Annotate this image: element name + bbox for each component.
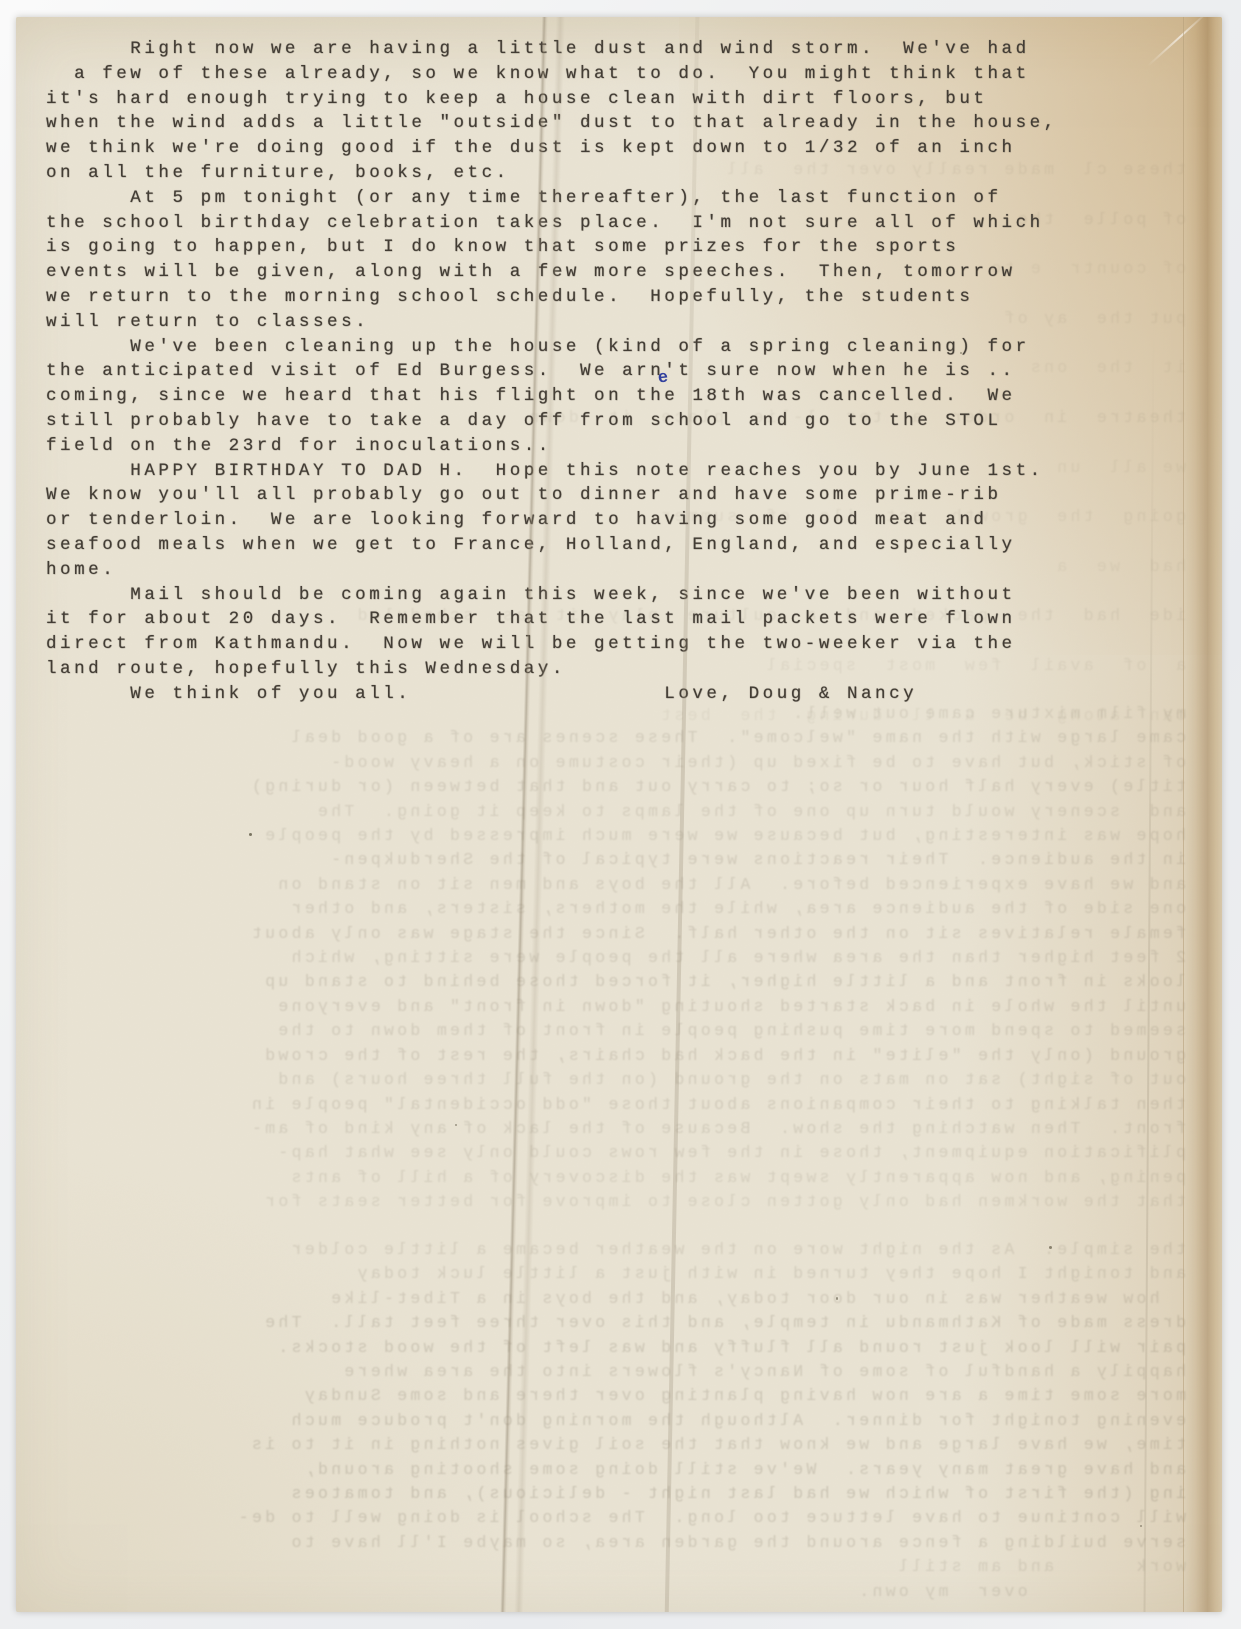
bleedthrough-line: will continue to have lettuce too long. … bbox=[46, 1506, 1186, 1530]
bleedthrough-line: front. Then watching the show. Because o… bbox=[46, 1117, 1186, 1141]
typed-line: it's hard enough trying to keep a house … bbox=[46, 87, 1186, 112]
typed-line: or tenderloin. We are looking forward to… bbox=[46, 508, 1186, 533]
letter-page: these cl made really over the allof poll… bbox=[16, 17, 1222, 1612]
typed-line: At 5 pm tonight (or any time thereafter)… bbox=[46, 186, 1186, 211]
bleedthrough-line: how weather was in our door today, and t… bbox=[46, 1287, 1186, 1311]
bleedthrough-line: 2 feet higher than the area where all th… bbox=[46, 946, 1186, 970]
typed-line: land route, hopefully this Wednesday. bbox=[46, 657, 1186, 682]
typed-line: is going to happen, but I do know that s… bbox=[46, 235, 1186, 260]
bleedthrough-line: looks in front and a little higher, it f… bbox=[46, 970, 1186, 994]
bleedthrough-line: evening tonight for dinner. Although the… bbox=[46, 1409, 1186, 1433]
paper-right-edge-band bbox=[1183, 17, 1222, 1612]
bleedthrough-line: and tonight I hope they turned in with j… bbox=[46, 1262, 1186, 1286]
bleedthrough-line: and scenery would turn up one of the lam… bbox=[46, 800, 1186, 824]
typed-line: still probably have to take a day off fr… bbox=[46, 409, 1186, 434]
typed-line: We think of you all. Love, Doug & Nancy bbox=[46, 682, 1186, 707]
handwritten-correction-e: e bbox=[657, 369, 669, 389]
bleedthrough-text-bottom: the simple. As the night wore on the wea… bbox=[46, 1238, 1186, 1604]
bleedthrough-line: seemed to spend more time pushing people… bbox=[46, 1019, 1186, 1043]
typed-line: on all the furniture, books, etc. bbox=[46, 161, 1186, 186]
bleedthrough-line: the simple. As the night wore on the wea… bbox=[46, 1238, 1186, 1262]
bleedthrough-line: in the audience. Their reactions were ty… bbox=[46, 848, 1186, 872]
bleedthrough-line: pair will look just round all fluffy and… bbox=[46, 1336, 1186, 1360]
bleedthrough-line: came large with the name "welcome". Thes… bbox=[46, 726, 1186, 750]
bleedthrough-line: and have great many years. We've still d… bbox=[46, 1458, 1186, 1482]
typed-line: seafood meals when we get to France, Hol… bbox=[46, 533, 1186, 558]
bleedthrough-line: ground (only the "elite" in the back had… bbox=[46, 1044, 1186, 1068]
bleedthrough-line: until the whole in back started shouting… bbox=[46, 995, 1186, 1019]
bleedthrough-line: then talking to their companions about t… bbox=[46, 1093, 1186, 1117]
bleedthrough-line: that the workmen had only gotten close t… bbox=[46, 1190, 1186, 1214]
bleedthrough-line: ing (the first of which we had last nigh… bbox=[46, 1482, 1186, 1506]
bleedthrough-line: one side of the audience area, while the… bbox=[46, 897, 1186, 921]
bleedthrough-line: dress made of Kathmandu in temple, and t… bbox=[46, 1311, 1186, 1335]
typed-line: Right now we are having a little dust an… bbox=[46, 37, 1186, 62]
typed-line: we think we're doing good if the dust is… bbox=[46, 136, 1186, 161]
typed-line: the school birthday celebration takes pl… bbox=[46, 211, 1186, 236]
letter-body-text: Right now we are having a little dust an… bbox=[46, 37, 1186, 707]
typed-line: Mail should be coming again this week, s… bbox=[46, 583, 1186, 608]
bleedthrough-line: of stick, but have to be fixed up (their… bbox=[46, 751, 1186, 775]
typed-line: coming, since we heard that his flight o… bbox=[46, 384, 1186, 409]
typed-line: events will be given, along with a few m… bbox=[46, 260, 1186, 285]
bleedthrough-line: female relatives sit on the other half. … bbox=[46, 922, 1186, 946]
bleedthrough-line: time, we have large and we know that the… bbox=[46, 1433, 1186, 1457]
typed-line: We know you'll all probably go out to di… bbox=[46, 483, 1186, 508]
typed-line: will return to classes. bbox=[46, 310, 1186, 335]
bleedthrough-line: pening, and now apparently swept was the… bbox=[46, 1166, 1186, 1190]
bleedthrough-line: over my own. bbox=[46, 1580, 1186, 1604]
typed-line: field on the 23rd for inoculations.. bbox=[46, 434, 1186, 459]
typed-line: direct from Kathmandu. Now we will be ge… bbox=[46, 632, 1186, 657]
typed-line: we return to the morning school schedule… bbox=[46, 285, 1186, 310]
bleedthrough-line: plification equipment, those in the few … bbox=[46, 1141, 1186, 1165]
bleedthrough-line: and we have experienced before. All the … bbox=[46, 873, 1186, 897]
bleedthrough-text-middle: my film mixture came out well.came large… bbox=[46, 702, 1186, 1215]
typed-line: the anticipated visit of Ed Burgess. We … bbox=[46, 359, 1186, 384]
bleedthrough-line: happily a handful of some of Nancy's flo… bbox=[46, 1360, 1186, 1384]
bleedthrough-line: hope was interesting, but because we wer… bbox=[46, 824, 1186, 848]
bleedthrough-line: serve building a fence around the garden… bbox=[46, 1531, 1186, 1555]
bleedthrough-line: more some time a are now having planting… bbox=[46, 1384, 1186, 1408]
typed-line: HAPPY BIRTHDAY TO DAD H. Hope this note … bbox=[46, 459, 1186, 484]
scanned-letter-screenshot: { "page": { "kind": "scanned typewritten… bbox=[0, 0, 1241, 1629]
typed-line: it for about 20 days. Remember that the … bbox=[46, 607, 1186, 632]
typed-line: a few of these already, so we know what … bbox=[46, 62, 1186, 87]
typed-line: when the wind adds a little "outside" du… bbox=[46, 111, 1186, 136]
typed-line: We've been cleaning up the house (kind o… bbox=[46, 335, 1186, 360]
bleedthrough-line: out of sight) sat on mats on the ground … bbox=[46, 1068, 1186, 1092]
bleedthrough-line: title) every half hour or so; to carry o… bbox=[46, 775, 1186, 799]
bleedthrough-line: work and am still bbox=[46, 1555, 1186, 1579]
typed-line: home. bbox=[46, 558, 1186, 583]
